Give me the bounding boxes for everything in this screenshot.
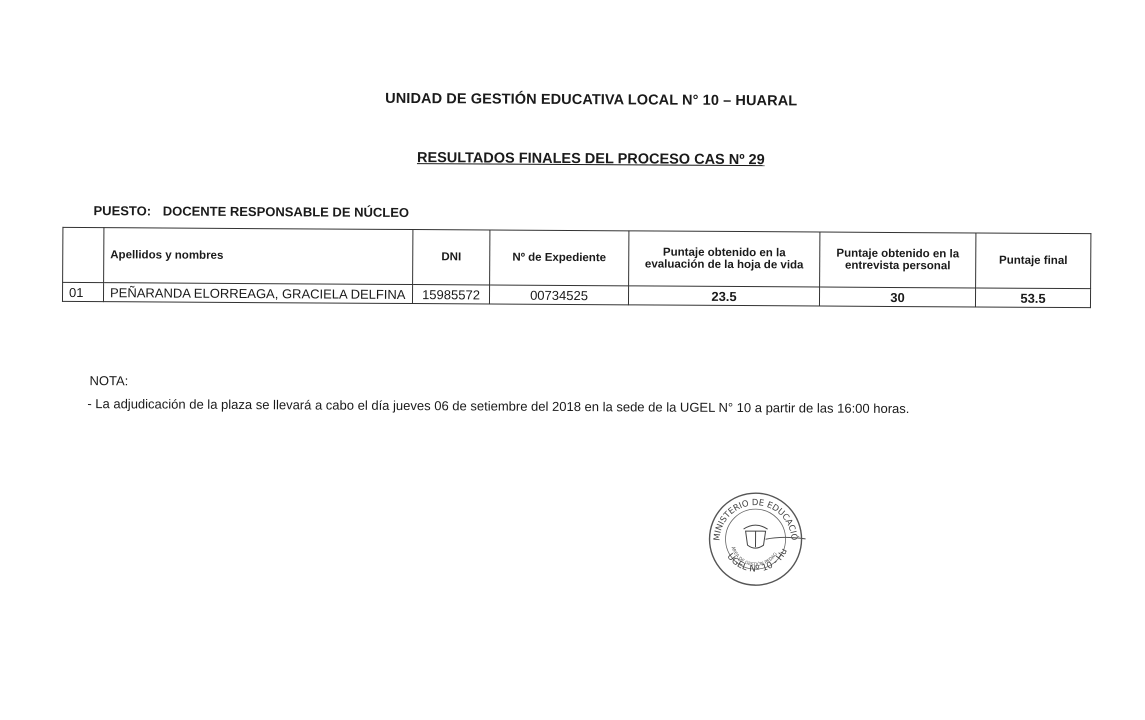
col-header-expediente: Nº de Expediente bbox=[490, 230, 629, 286]
cell-number: 01 bbox=[62, 282, 103, 301]
svg-text:MINISTERIO DE EDUCACIÓN: MINISTERIO DE EDUCACIÓN bbox=[705, 489, 801, 542]
seal-outer-text: MINISTERIO DE EDUCACIÓN bbox=[705, 489, 801, 542]
official-seal-icon: MINISTERIO DE EDUCACIÓN UGEL Nº 10 - Hua… bbox=[705, 489, 806, 590]
puesto-line: PUESTO: DOCENTE RESPONSABLE DE NÚCLEO bbox=[93, 203, 409, 220]
document-subtitle: RESULTADOS FINALES DEL PROCESO CAS Nº 29 bbox=[381, 150, 801, 169]
puesto-value: DOCENTE RESPONSABLE DE NÚCLEO bbox=[163, 204, 409, 221]
nota-label: NOTA: bbox=[89, 373, 128, 388]
col-header-dni: DNI bbox=[413, 230, 490, 285]
col-header-hoja-vida: Puntaje obtenido en la evaluación de la … bbox=[629, 231, 820, 287]
document-title: UNIDAD DE GESTIÓN EDUCATIVA LOCAL N° 10 … bbox=[381, 91, 801, 110]
cell-dni: 15985572 bbox=[412, 285, 489, 304]
col-header-final: Puntaje final bbox=[976, 233, 1091, 289]
col-header-number bbox=[63, 227, 104, 282]
col-header-name: Apellidos y nombres bbox=[104, 228, 413, 285]
document-page: UNIDAD DE GESTIÓN EDUCATIVA LOCAL N° 10 … bbox=[0, 0, 1145, 720]
cell-final: 53.5 bbox=[975, 288, 1090, 308]
table-header-row: Apellidos y nombres DNI Nº de Expediente… bbox=[63, 227, 1091, 288]
cell-name: PEÑARANDA ELORREAGA, GRACIELA DELFINA bbox=[103, 283, 412, 304]
cell-hoja-vida: 23.5 bbox=[628, 286, 819, 306]
cell-entrevista: 30 bbox=[819, 287, 975, 307]
nota-text: - La adjudicación de la plaza se llevará… bbox=[87, 396, 909, 416]
results-table: Apellidos y nombres DNI Nº de Expediente… bbox=[62, 227, 1091, 308]
cell-expediente: 00734525 bbox=[489, 285, 628, 305]
puesto-label: PUESTO: bbox=[93, 203, 151, 218]
col-header-entrevista: Puntaje obtenido en la entrevista person… bbox=[820, 232, 976, 288]
